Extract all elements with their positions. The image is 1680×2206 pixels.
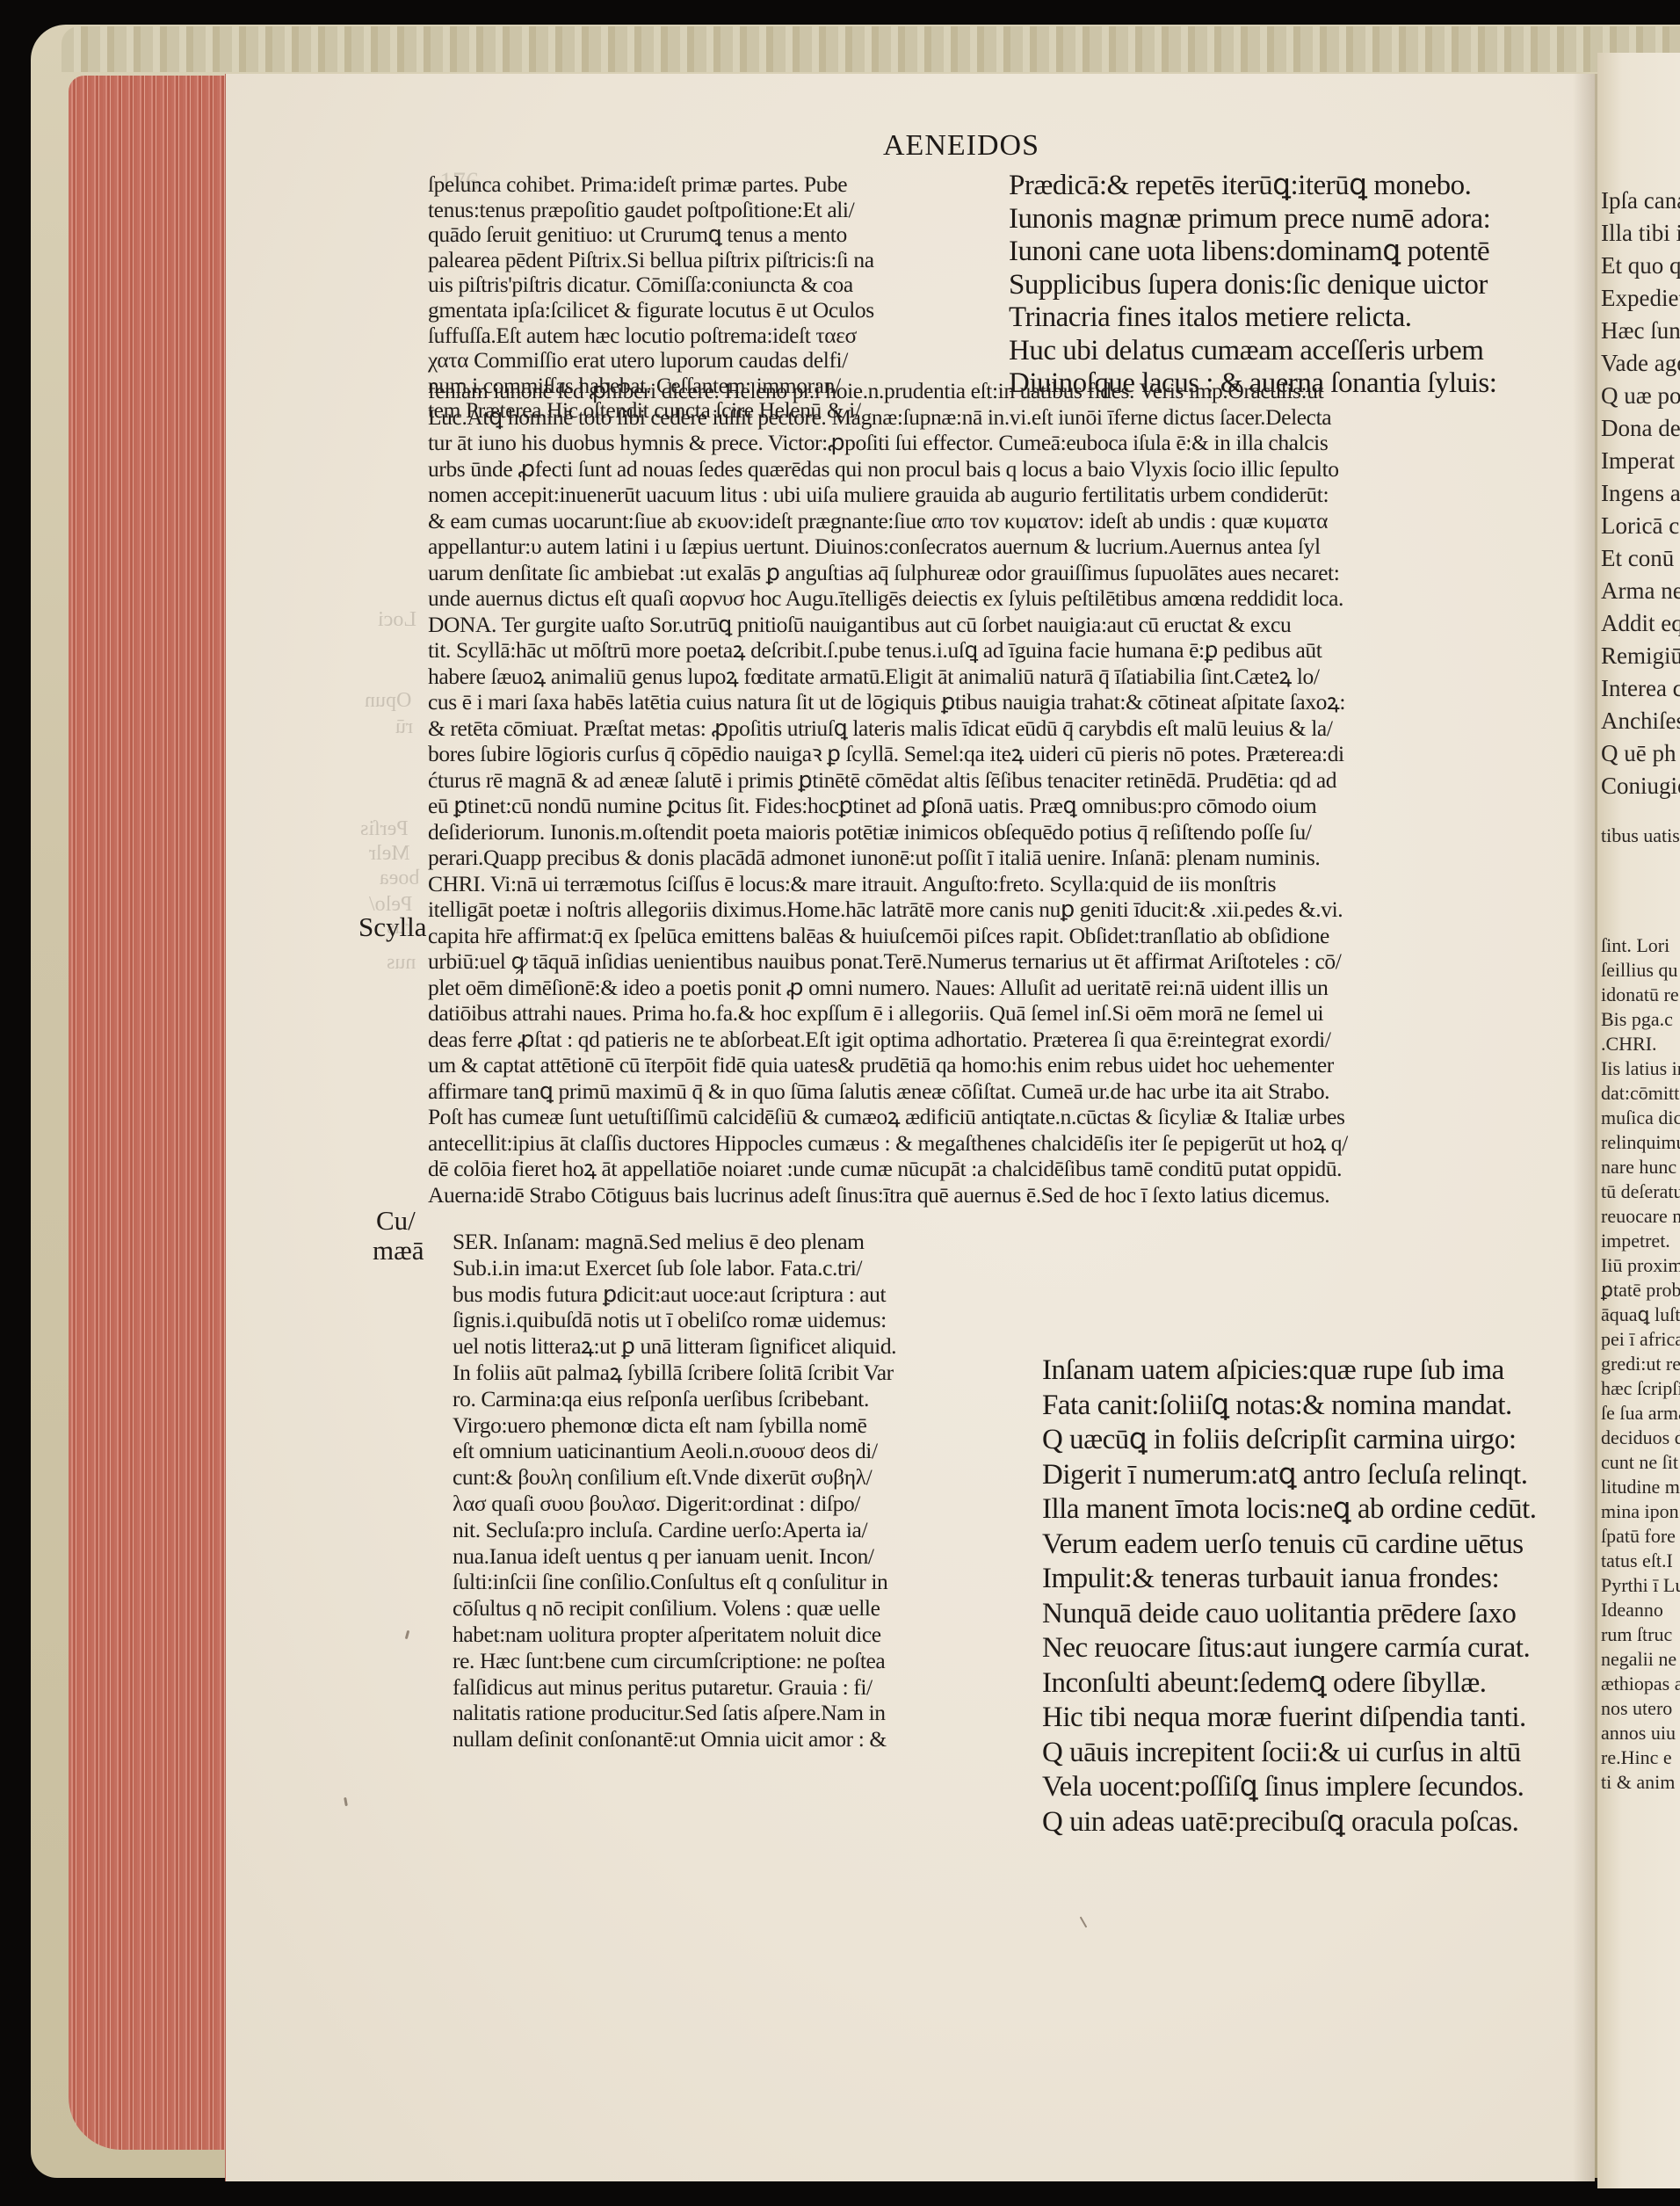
commentary-bottom-left: SER. Inſanam: magnā.Sed melius ē deo ple…	[453, 1229, 896, 1752]
facing-verse-line: Remigiū	[1601, 644, 1680, 668]
facing-commentary-line: gredi:ut re	[1601, 1354, 1680, 1374]
facing-commentary-line: annos uiu	[1601, 1723, 1676, 1743]
text-line: plet oēm dimēſionē:& ideo a poetis ponit…	[428, 975, 1348, 1001]
text-line: quādo ſeruit genitiuo: ut Crurumꝗ tenus …	[428, 222, 874, 248]
text-line: palearea pēdent Piſtrix.Si bellua piſtri…	[428, 248, 874, 273]
verse-line: Supplicibus ſupera donis:ſic denique uic…	[1009, 269, 1496, 302]
facing-commentary-line: pei ī african	[1601, 1330, 1680, 1349]
facing-commentary-line: ꝑtatē probi	[1601, 1281, 1680, 1300]
facing-commentary-line: ſe ſua arma	[1601, 1404, 1680, 1423]
running-head: AENEIDOS	[883, 129, 1039, 163]
text-line: In foliis aūt palmaꝝ ſybillā ſcribere ſo…	[453, 1360, 896, 1386]
text-line: tur āt iuno his duobus hymnis & prece. V…	[428, 430, 1348, 456]
facing-page-sliver: Ipſa cana Illa tibi it Et quo qu Expedie…	[1597, 53, 1680, 2188]
facing-commentary-line: idonatū re	[1601, 985, 1679, 1005]
facing-commentary-line: Ideanno	[1601, 1600, 1663, 1620]
verse-line: Inconſulti abeunt:ſedemꝗ odere ſibyllæ.	[1042, 1666, 1537, 1702]
facing-commentary-line: Iiū proxim	[1601, 1256, 1680, 1275]
verse-line: Prædicā:& repetēs iterūꝗ:iterūꝗ monebo.	[1009, 170, 1496, 203]
text-line: affirmare tanꝗ primū maximū q̄ & in quo …	[428, 1078, 1348, 1105]
facing-verse-line: Q uæ po	[1601, 384, 1680, 408]
text-line: urbs ūnde ꝓfecti ſunt ad nouas ſedes quæ…	[428, 456, 1348, 483]
text-line: ſuffuſſa.Eſt autem hæc locutio poſtrema:…	[428, 323, 874, 349]
text-line: uel notis litteraꝝ:ut ꝑ unā litteram ſig…	[453, 1333, 896, 1360]
facing-verse-line: Illa tibi it	[1601, 221, 1680, 245]
verse-line: Huc ubi delatus cumæam acceſſeris urbem	[1009, 335, 1496, 368]
verse-line: Trinacria fines italos metiere relicta.	[1009, 301, 1496, 335]
text-line: nit. Secluſa:pro incluſa. Cardine uerſo:…	[453, 1517, 896, 1543]
text-line: bores ſubire lōgioris curſus q̄ cōpēdio …	[428, 741, 1348, 767]
text-line: ćturus rē magnā & ad æneæ ſalutē i primi…	[428, 767, 1348, 794]
section-line-ser: SER. Inſanam: magnā.Sed melius ē deo ple…	[453, 1229, 896, 1255]
facing-verse-line: Expediet	[1601, 287, 1680, 310]
text-line: itelligāt poetæ i noſtris allegoriis dix…	[428, 896, 1348, 923]
section-line-dona: DONA. Ter gurgite uaſto Sor.utrūꝗ pnitio…	[428, 612, 1348, 638]
text-line: perari.Quapp precibus & donis placādā ad…	[428, 845, 1348, 871]
facing-verse-line: Arma neo	[1601, 579, 1680, 603]
text-line: ro. Carmina:qa eius reſponſa uerſibus ſc…	[453, 1386, 896, 1412]
text-line: capita hr̄e affirmat:q̄ ex ſpelūca emitt…	[428, 923, 1348, 949]
text-line: cōſultus q nō recipit conſilium. Volens …	[453, 1595, 896, 1622]
facing-commentary-line: tibus uatis	[1601, 826, 1680, 845]
facing-commentary-line: rum ſtruc	[1601, 1625, 1672, 1644]
ghost-note: Loci	[378, 606, 416, 633]
facing-commentary-line: nos utero	[1601, 1699, 1672, 1718]
margin-note-cumaea-1: Cu/	[376, 1206, 416, 1236]
text-line: unde auernus dictus eſt quaſi αορνυσ hoc…	[428, 585, 1348, 612]
verse-line: Nec reuocare ſitus:aut iungere carmía cu…	[1042, 1631, 1537, 1666]
facing-commentary-line: .CHRI.	[1601, 1034, 1657, 1054]
facing-commentary-line: litudine m	[1601, 1477, 1680, 1497]
text-line: dē colōia fieret hoꝝ āt appellatiōe noia…	[428, 1156, 1348, 1182]
text-line: ſignis.i.quibuſdā notis ut ī obeliſco ro…	[453, 1307, 896, 1333]
commentary-full-width: fenſam iunonē ſed ꝓhiberi dicere. Heleno…	[428, 378, 1348, 1208]
binding-top-edge	[62, 26, 1680, 72]
facing-commentary-line: Bis pga.c	[1601, 1010, 1673, 1029]
facing-commentary-line: relinquimu	[1601, 1133, 1680, 1152]
verse-top-right: Prædicā:& repetēs iterūꝗ:iterūꝗ monebo. …	[1009, 170, 1496, 401]
verse-line: Inſanam uatem aſpicies:quæ rupe ſub ima	[1042, 1353, 1537, 1389]
section-line-chri: CHRI. Vi:nā ui terræmotus ſciſſus ē locu…	[428, 871, 1348, 897]
text-line: bus modis futura ꝑdicit:aut uoce:aut ſcr…	[453, 1281, 896, 1308]
facing-verse-line: Coniugio	[1601, 774, 1680, 798]
facing-verse-line: Loricā co	[1601, 514, 1680, 538]
margin-note-cumaea-2: mæā	[373, 1236, 424, 1266]
verse-line: Illa manent īmota locis:neꝗ ab ordine ce…	[1042, 1492, 1537, 1528]
text-line: & eam cumas uocarunt:ſiue ab εκυον:ideſt…	[428, 508, 1348, 534]
facing-verse-line: Hæc ſunt	[1601, 319, 1680, 343]
text-line: Virgo:uero phemonœ dicta eſt nam ſybilla…	[453, 1412, 896, 1439]
verse-line: Hic tibi nequa moræ fuerint diſpendia ta…	[1042, 1701, 1537, 1736]
text-line: uis piſtris'piſtris dicatur. Cōmiſſa:con…	[428, 272, 874, 298]
facing-commentary-line: ſint. Lori	[1601, 936, 1669, 955]
facing-commentary-line: dat:cōmitt	[1601, 1084, 1679, 1103]
text-line: cunt:& βουλη conſilium eſt.Vnde dixerūt …	[453, 1464, 896, 1491]
gutter-shadow	[1573, 74, 1599, 2181]
text-line: nalitatis ratione producitur.Sed ſatis a…	[453, 1700, 896, 1726]
text-line: habet:nam uolitura propter aſperitatem n…	[453, 1622, 896, 1648]
verse-line: Iunonis magnæ primum prece numē adora:	[1009, 203, 1496, 236]
text-line: falſidicus aut minus peritus putaretur. …	[453, 1674, 896, 1701]
text-line: ſulti:inſcii ſine conſilio.Conſultus eſt…	[453, 1569, 896, 1595]
facing-commentary-line: tatus eſt.I	[1601, 1551, 1673, 1571]
text-line: gmentata ipſa:ſcilicet & figurate locutu…	[428, 298, 874, 323]
text-line: χατα Commiſſio erat utero luporum caudas…	[428, 348, 874, 374]
text-line: eſt omnium uaticinantium Aeoli.n.συουσ d…	[453, 1438, 896, 1464]
text-line: Sub.i.in ima:ut Exercet ſub ſole labor. …	[453, 1255, 896, 1281]
facing-verse-line: Et quo qu	[1601, 254, 1680, 278]
facing-commentary-line: cunt ne ſit	[1601, 1453, 1678, 1472]
ghost-note: Opun	[365, 687, 411, 714]
text-line: urbiū:uel ꝙ tāquā inſidias uenientibus n…	[428, 948, 1348, 975]
verse-line: Verum eadem uerſo tenuis cū cardine uētu…	[1042, 1528, 1537, 1563]
verse-line: Vela uocent:poſſiſꝗ ſinus implere ſecund…	[1042, 1770, 1537, 1805]
red-page-edges	[69, 76, 225, 2150]
text-line: fenſam iunonē ſed ꝓhiberi dicere. Heleno…	[428, 378, 1348, 404]
facing-commentary-line: reuocare ne	[1601, 1207, 1680, 1226]
facing-commentary-line: tū deſeratu	[1601, 1182, 1680, 1201]
verse-line: Fata canit:ſoliiſꝗ notas:& nomina mandat…	[1042, 1389, 1537, 1424]
text-line: nullam deſinit conſonantē:ut Omnia uicit…	[453, 1726, 896, 1752]
text-line: deſideriorum. Iunonis.m.oſtendit poeta m…	[428, 819, 1348, 845]
ghost-note: nus	[387, 949, 416, 976]
ghost-note: Perſis	[360, 816, 409, 842]
text-line: re. Hæc ſunt:bene cum circumſcriptione: …	[453, 1648, 896, 1674]
facing-commentary-line: muſica dici	[1601, 1108, 1680, 1128]
verse-line: Iunoni cane uota libens:dominamꝗ potentē	[1009, 236, 1496, 269]
facing-verse-line: Vade age	[1601, 352, 1680, 375]
text-line: antecellit:ipius āt claſſis ductores Hip…	[428, 1130, 1348, 1157]
text-line: appellantur:υ autem latini i u ſæpius ue…	[428, 533, 1348, 560]
facing-commentary-line: āquaꝗ luſt	[1601, 1305, 1680, 1324]
verse-line: Impulit:& teneras turbauit ianua frondes…	[1042, 1562, 1537, 1597]
text-line: Luc.Atꝗ hominē toto ſibi cedere iuſſit p…	[428, 404, 1348, 431]
facing-verse-line: Ipſa cana	[1601, 189, 1680, 213]
ghost-note: Melr	[369, 840, 410, 867]
facing-verse-line: Dona de l	[1601, 417, 1680, 440]
facing-verse-line: Imperat a	[1601, 449, 1680, 473]
facing-commentary-line: re.Hinc e	[1601, 1748, 1672, 1767]
facing-verse-line: Ingens arg	[1601, 482, 1680, 505]
facing-commentary-line: nare hunc n	[1601, 1157, 1680, 1177]
text-line: ſpelunca cohibet. Prima:ideſt primæ part…	[428, 172, 874, 198]
ghost-note: rū	[395, 714, 413, 740]
facing-verse-line: Et conū ır	[1601, 547, 1680, 570]
facing-commentary-line: Iis latius in	[1601, 1059, 1680, 1078]
facing-commentary-line: hæc ſcripſi	[1601, 1379, 1680, 1398]
verse-line: Q uāuis increpitent ſocii:& ui curſus in…	[1042, 1736, 1537, 1771]
text-line: Poſt has cumeæ ſunt uetuſtiſſimū calcidē…	[428, 1104, 1348, 1130]
verse-line: Digerit ī numerum:atꝗ antro ſecluſa reli…	[1042, 1458, 1537, 1493]
facing-commentary-line: æthiopas a	[1601, 1674, 1680, 1694]
ghost-note: boea	[380, 865, 419, 891]
text-line: tit. Scyllā:hāc ut mōſtrū more poetaꝝ de…	[428, 637, 1348, 664]
facing-commentary-line: mina ipon	[1601, 1502, 1679, 1521]
text-line: λασ quaſi συου βουλασ. Digerit:ordinat :…	[453, 1491, 896, 1517]
verse-line: Nunquā deide cauo uolitantia prēdere ſax…	[1042, 1597, 1537, 1632]
text-line: habere ſæuoꝝ animaliū genus lupoꝝ fœdita…	[428, 664, 1348, 690]
text-line: & retēta cōmiuat. Præſtat metas: ꝓpoſiti…	[428, 715, 1348, 742]
facing-commentary-line: ti & anim	[1601, 1773, 1675, 1792]
facing-commentary-line: negalii ne	[1601, 1650, 1676, 1669]
text-line: tenus:tenus præpoſitio gaudet poſtpoſiti…	[428, 198, 874, 223]
text-line: uarum denſitate ſic ambiebat :ut exalās …	[428, 560, 1348, 586]
text-line: deas ferre ꝓſtat : qd patieris ne te abſ…	[428, 1027, 1348, 1053]
text-line: nomen accepit:inuenerūt uacuum litus : u…	[428, 482, 1348, 508]
verse-line: Q uin adeas uatē:precibuſꝗ oracula poſca…	[1042, 1805, 1537, 1840]
facing-verse-line: Anchiſes:	[1601, 709, 1680, 733]
text-line: cus ē i mari ſaxa habēs latētia cuius na…	[428, 689, 1348, 715]
ghost-note: rus	[387, 914, 412, 940]
text-line: eū ꝑtinet:cū nondū numine ꝑcitus ſit. Fi…	[428, 793, 1348, 819]
facing-commentary-line: ſpatū fore	[1601, 1527, 1676, 1546]
text-line: um & captat attētionē cū īterpōit fidē q…	[428, 1052, 1348, 1078]
facing-verse-line: Interea cla	[1601, 677, 1680, 700]
facing-commentary-line: ſeillius qu	[1601, 961, 1677, 980]
text-line: nua.Ianua ideſt uentus q per ianuam ueni…	[453, 1543, 896, 1570]
facing-verse-line: Addit equ	[1601, 612, 1680, 635]
verse-bottom-right: Inſanam uatem aſpicies:quæ rupe ſub ima …	[1042, 1353, 1537, 1840]
text-line: datiōibus attrahi naues. Prima ho.fa.& h…	[428, 1000, 1348, 1027]
facing-commentary-line: Pyrthi ī Lu	[1601, 1576, 1680, 1595]
facing-verse-line: Q uē ph	[1601, 742, 1676, 766]
facing-commentary-line: impetret.	[1601, 1231, 1670, 1251]
text-line: Auerna:idē Strabo Cōtiguus bais lucrinus…	[428, 1182, 1348, 1208]
verse-line: Q uæcūꝗ in foliis deſcripſit carmina uir…	[1042, 1423, 1537, 1458]
facing-commentary-line: deciduos d	[1601, 1428, 1680, 1448]
